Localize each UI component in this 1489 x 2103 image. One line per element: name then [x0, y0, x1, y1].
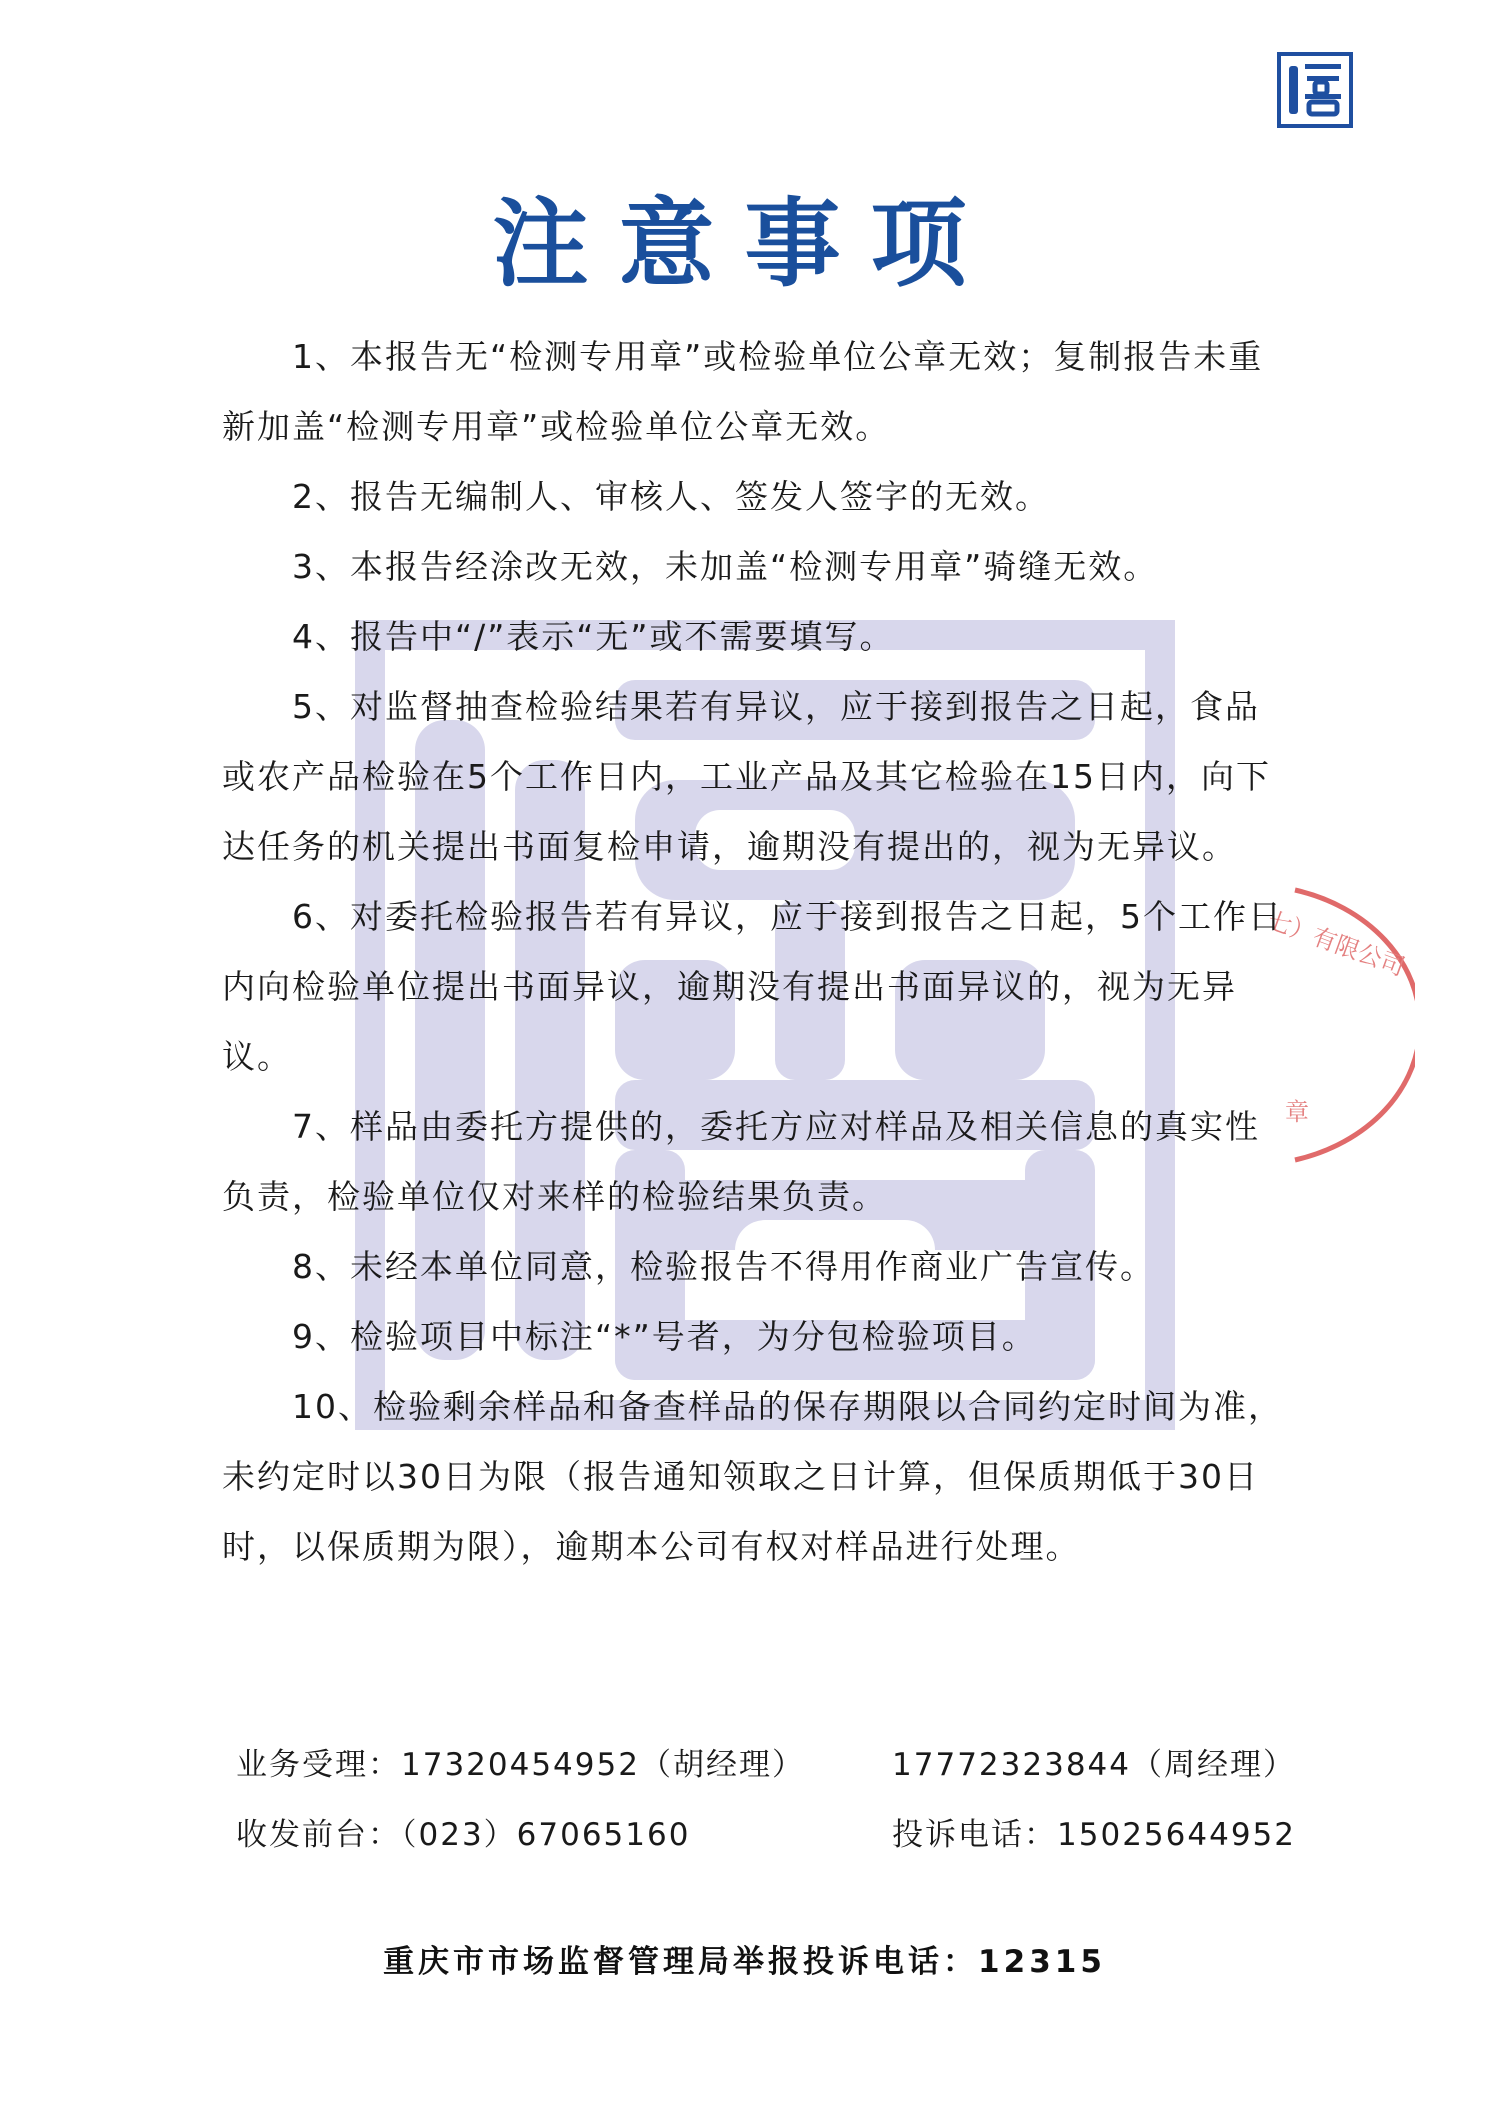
contact-row-business: 业务受理：17320454952（胡经理） 17772323844（周经理） — [236, 1730, 1296, 1800]
notice-item: 3、本报告经涂改无效，未加盖“检测专用章”骑缝无效。 — [222, 532, 1292, 602]
reception-phone: （023）67065160 — [401, 1817, 690, 1853]
contact-row-reception: 收发前台：（023）67065160 投诉电话：15025644952 — [236, 1800, 1296, 1870]
notice-item: 5、对监督抽查检验结果若有异议，应于接到报告之日起，食品或农产品检验在5个工作日… — [222, 672, 1292, 882]
complaint-label: 投诉电话： — [892, 1817, 1057, 1853]
business-label: 业务受理： — [236, 1747, 401, 1783]
business-phone-1: 17320454952（胡经理） — [401, 1747, 805, 1783]
notice-item: 4、报告中“/”表示“无”或不需要填写。 — [222, 602, 1292, 672]
page-title: 注意事项 — [0, 168, 1489, 305]
notice-item: 1、本报告无“检测专用章”或检验单位公章无效；复制报告未重新加盖“检测专用章”或… — [222, 322, 1292, 462]
notice-item: 10、检验剩余样品和备查样品的保存期限以合同约定时间为准，未约定时以30日为限（… — [222, 1372, 1292, 1582]
reception-label: 收发前台： — [236, 1817, 401, 1853]
complaint-phone: 15025644952 — [1057, 1817, 1296, 1853]
business-phone-2: 17772323844（周经理） — [892, 1730, 1296, 1800]
notice-item: 2、报告无编制人、审核人、签发人签字的无效。 — [222, 462, 1292, 532]
company-seal-logo-icon — [1277, 52, 1353, 128]
hotline-footer: 重庆市市场监督管理局举报投诉电话：12315 — [0, 1936, 1489, 1981]
contact-info: 业务受理：17320454952（胡经理） 17772323844（周经理） 收… — [236, 1730, 1296, 1870]
notice-item: 9、检验项目中标注“*”号者，为分包检验项目。 — [222, 1302, 1292, 1372]
notice-item: 6、对委托检验报告若有异议，应于接到报告之日起，5个工作日内向检验单位提出书面异… — [222, 882, 1292, 1092]
notice-list: 1、本报告无“检测专用章”或检验单位公章无效；复制报告未重新加盖“检测专用章”或… — [222, 322, 1292, 1582]
notice-item: 7、样品由委托方提供的，委托方应对样品及相关信息的真实性负责，检验单位仅对来样的… — [222, 1092, 1292, 1232]
notice-item: 8、未经本单位同意，检验报告不得用作商业广告宣传。 — [222, 1232, 1292, 1302]
